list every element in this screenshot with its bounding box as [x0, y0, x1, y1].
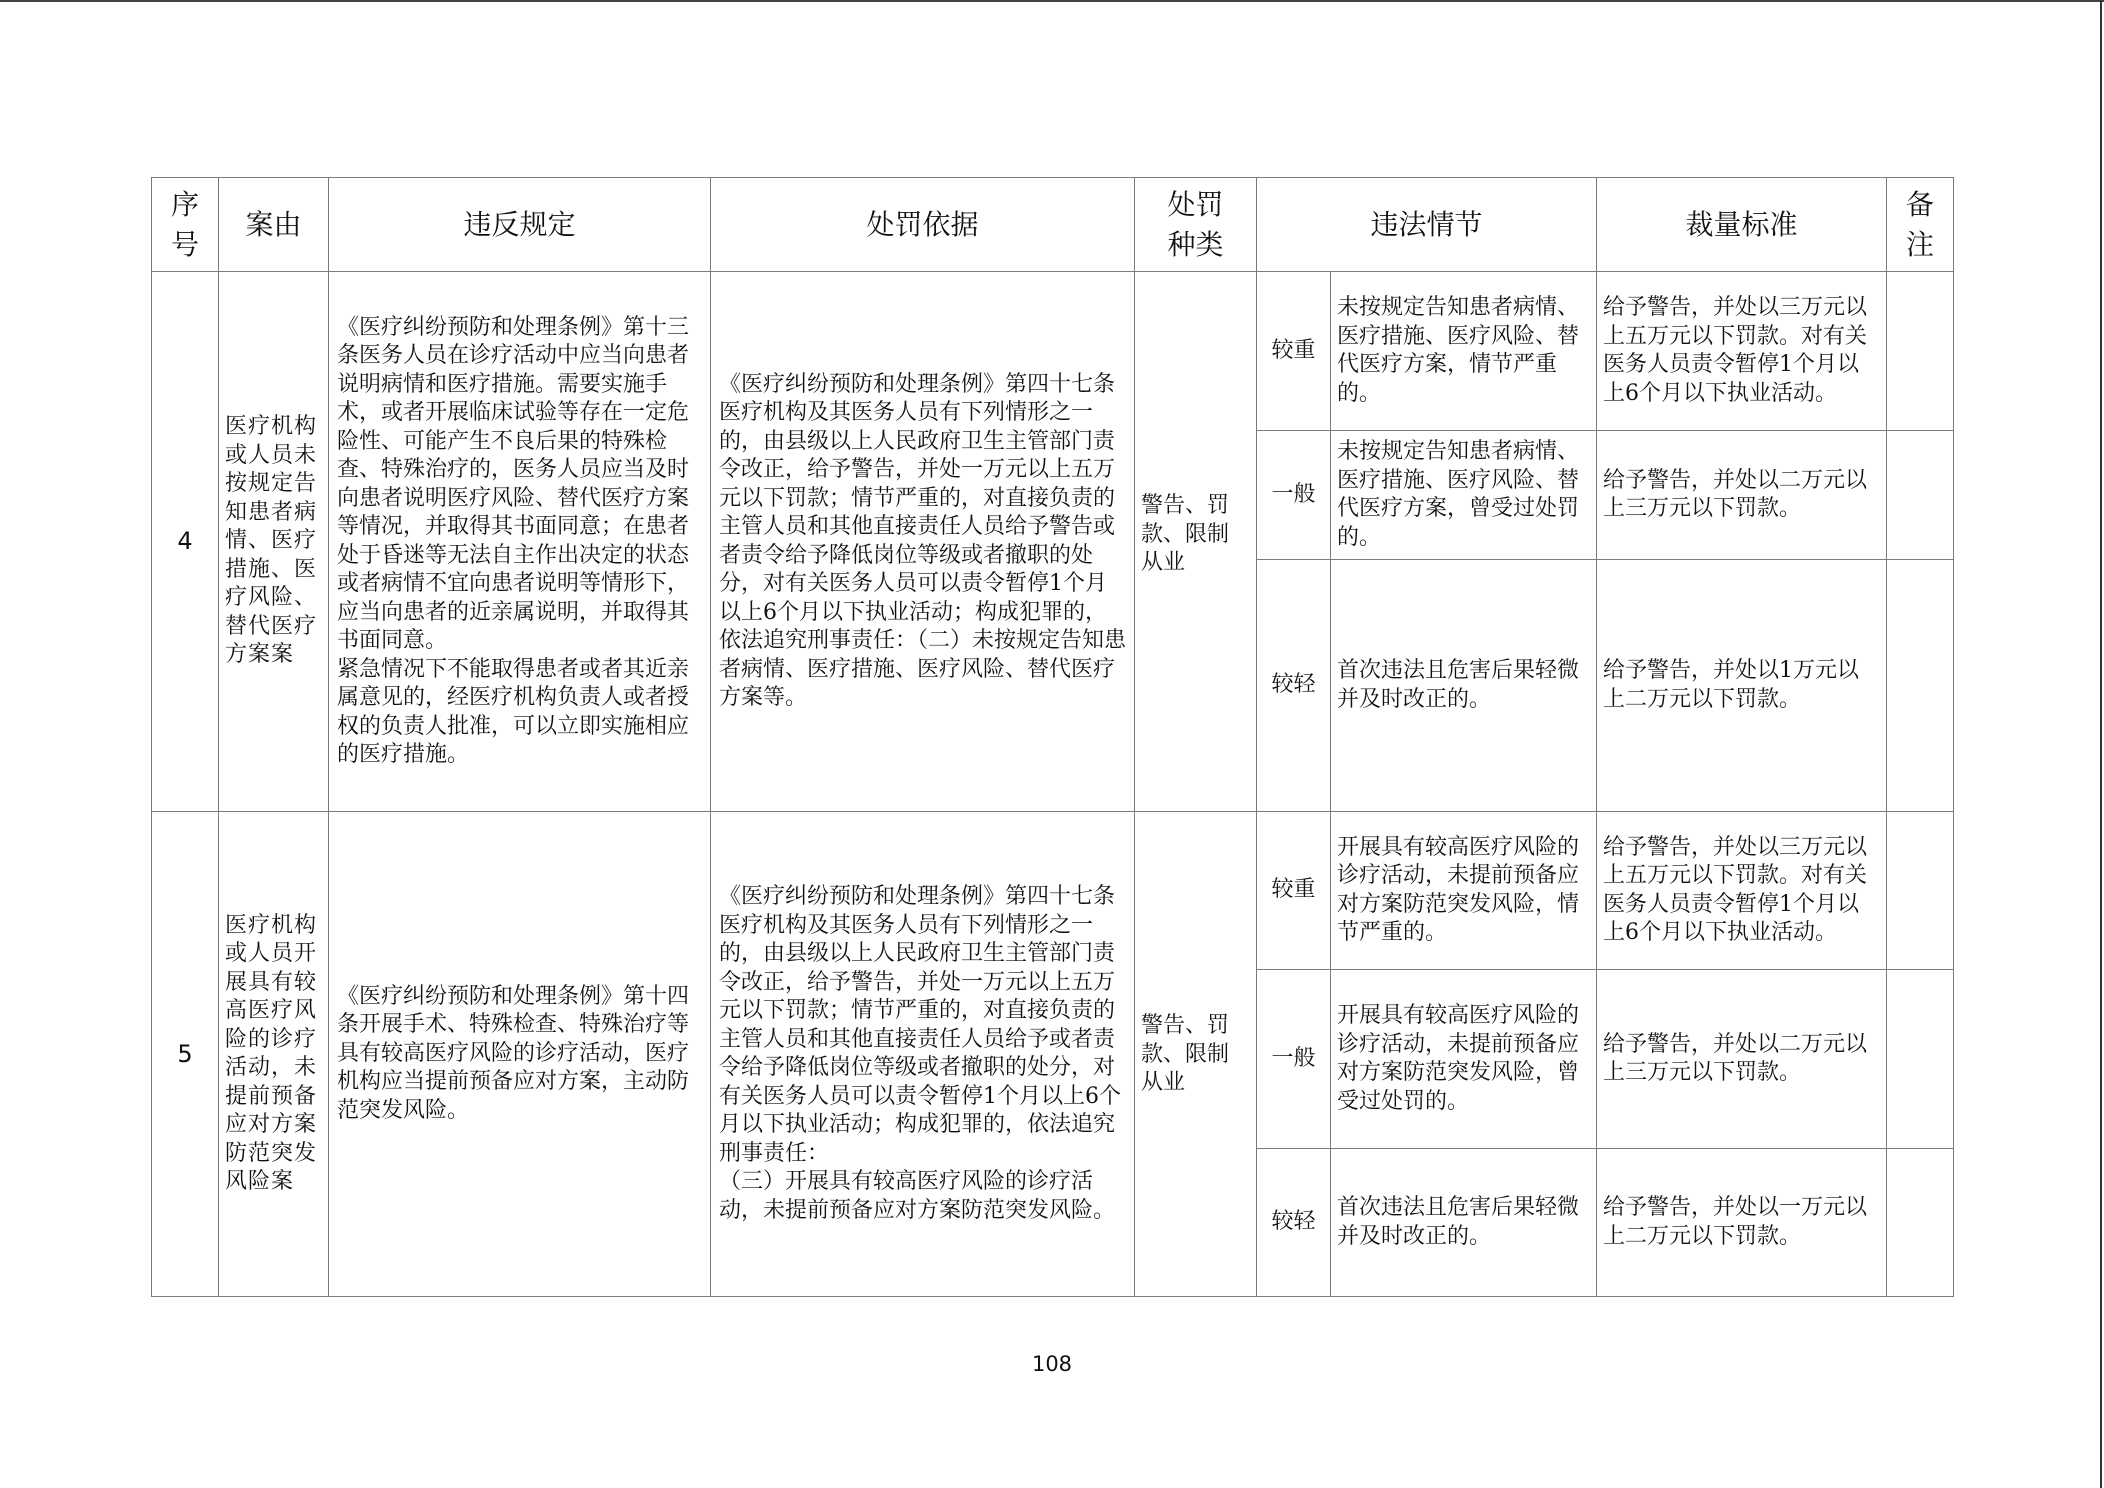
penalty-kind: 警告、罚款、限制从业: [1135, 812, 1257, 1297]
case-name: 医疗机构或人员开展具有较高医疗风险的诊疗活动，未提前预备应对方案防范突发风险案: [219, 812, 329, 1297]
circumstance-text: 首次违法且危害后果轻微并及时改正的。: [1331, 560, 1597, 812]
remark-cell: [1887, 431, 1954, 560]
table-row: 5 医疗机构或人员开展具有较高医疗风险的诊疗活动，未提前预备应对方案防范突发风险…: [152, 812, 1954, 970]
standard-text: 给予警告，并处以三万元以上五万元以下罚款。对有关医务人员责令暂停1个月以上6个月…: [1597, 812, 1887, 970]
standard-text: 给予警告，并处以1万元以上二万元以下罚款。: [1597, 560, 1887, 812]
header-serial-no: 序 号: [152, 178, 219, 272]
remark-cell: [1887, 812, 1954, 970]
serial-number: 4: [152, 272, 219, 812]
discretion-standards-table: 序 号 案由 违反规定 处罚依据 处罚 种类 违法情节 裁量标准 备 注 4 医…: [151, 177, 1954, 1297]
standard-text: 给予警告，并处以一万元以上二万元以下罚款。: [1597, 1149, 1887, 1297]
table-row: 4 医疗机构或人员未按规定告知患者病情、医疗措施、医疗风险、替代医疗方案案 《医…: [152, 272, 1954, 431]
circumstance-text: 开展具有较高医疗风险的诊疗活动，未提前预备应对方案防范突发风险，曾受过处罚的。: [1331, 970, 1597, 1149]
penalty-basis-text: 《医疗纠纷预防和处理条例》第四十七条医疗机构及其医务人员有下列情形之一的，由县级…: [711, 812, 1135, 1297]
penalty-basis-text: 《医疗纠纷预防和处理条例》第四十七条医疗机构及其医务人员有下列情形之一的，由县级…: [711, 272, 1135, 812]
violated-rule-text: 《医疗纠纷预防和处理条例》第十三条医务人员在诊疗活动中应当向患者说明病情和医疗措…: [329, 272, 711, 812]
remark-cell: [1887, 970, 1954, 1149]
header-case: 案由: [219, 178, 329, 272]
remark-cell: [1887, 272, 1954, 431]
serial-number: 5: [152, 812, 219, 1297]
circumstance-text: 未按规定告知患者病情、医疗措施、医疗风险、替代医疗方案，曾受过处罚的。: [1331, 431, 1597, 560]
remark-cell: [1887, 560, 1954, 812]
circumstance-text: 开展具有较高医疗风险的诊疗活动，未提前预备应对方案防范突发风险，情节严重的。: [1331, 812, 1597, 970]
remark-cell: [1887, 1149, 1954, 1297]
severity-level: 一般: [1257, 431, 1331, 560]
penalty-kind: 警告、罚款、限制从业: [1135, 272, 1257, 812]
header-remark: 备 注: [1887, 178, 1954, 272]
page-number: 108: [0, 1352, 2104, 1376]
severity-level: 较轻: [1257, 560, 1331, 812]
standard-text: 给予警告，并处以二万元以上三万元以下罚款。: [1597, 431, 1887, 560]
standard-text: 给予警告，并处以二万元以上三万元以下罚款。: [1597, 970, 1887, 1149]
header-violated-rule: 违反规定: [329, 178, 711, 272]
header-penalty-basis: 处罚依据: [711, 178, 1135, 272]
standard-text: 给予警告，并处以三万元以上五万元以下罚款。对有关医务人员责令暂停1个月以上6个月…: [1597, 272, 1887, 431]
header-circumstance: 违法情节: [1257, 178, 1597, 272]
violated-rule-text: 《医疗纠纷预防和处理条例》第十四条开展手术、特殊检查、特殊治疗等具有较高医疗风险…: [329, 812, 711, 1297]
severity-level: 较轻: [1257, 1149, 1331, 1297]
header-penalty-kind: 处罚 种类: [1135, 178, 1257, 272]
case-name: 医疗机构或人员未按规定告知患者病情、医疗措施、医疗风险、替代医疗方案案: [219, 272, 329, 812]
table-header-row: 序 号 案由 违反规定 处罚依据 处罚 种类 违法情节 裁量标准 备 注: [152, 178, 1954, 272]
circumstance-text: 首次违法且危害后果轻微并及时改正的。: [1331, 1149, 1597, 1297]
severity-level: 较重: [1257, 812, 1331, 970]
severity-level: 较重: [1257, 272, 1331, 431]
page-right-border: [2100, 0, 2102, 1488]
circumstance-text: 未按规定告知患者病情、医疗措施、医疗风险、替代医疗方案，情节严重的。: [1331, 272, 1597, 431]
header-discretion-standard: 裁量标准: [1597, 178, 1887, 272]
page-top-border: [0, 0, 2104, 2]
severity-level: 一般: [1257, 970, 1331, 1149]
